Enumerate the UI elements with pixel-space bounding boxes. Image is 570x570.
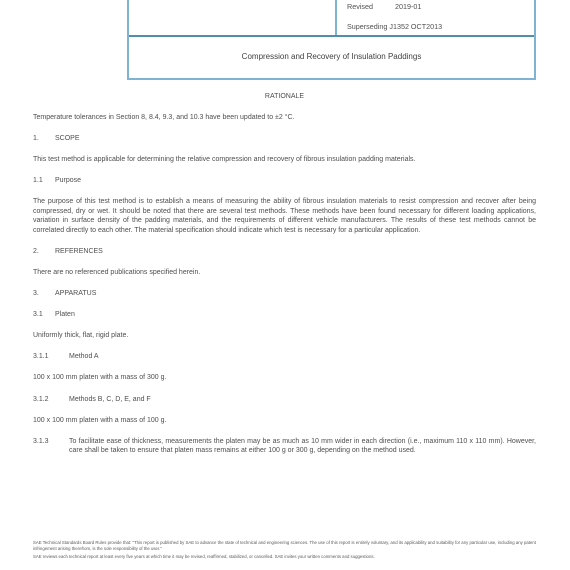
section-methods-bf-heading: 3.1.2Methods B, C, D, E, and F <box>33 395 536 405</box>
superseding-row: Superseding J1352 OCT2013 <box>347 22 442 31</box>
section-references-heading: 2.REFERENCES <box>33 247 536 257</box>
section-number: 2. <box>33 247 55 257</box>
rationale-text: Temperature tolerances in Section 8, 8.4… <box>33 113 536 123</box>
section-platen-text: Uniformly thick, flat, rigid plate. <box>33 331 536 341</box>
section-title: SCOPE <box>55 135 80 142</box>
section-platen-heading: 3.1Platen <box>33 310 536 320</box>
section-scope-heading: 1.SCOPE <box>33 134 536 144</box>
section-number: 3.1.3 <box>33 437 69 456</box>
section-number: 3.1 <box>33 310 55 320</box>
revision-info-cell: Revised 2019-01 Superseding J1352 OCT201… <box>335 0 536 35</box>
section-number: 3.1.1 <box>33 352 69 362</box>
section-references-text: There are no referenced publications spe… <box>33 268 536 278</box>
document-title: Compression and Recovery of Insulation P… <box>129 37 534 76</box>
section-number: 3.1.2 <box>33 395 69 405</box>
document-header-box: Revised 2019-01 Superseding J1352 OCT201… <box>127 0 536 80</box>
section-3-1-3: 3.1.3 To facilitate ease of thickness, m… <box>33 437 536 456</box>
section-title: APPARATUS <box>55 290 96 297</box>
clipped-document-type: SURFACE VEHICLE <box>36 0 116 2</box>
document-body: RATIONALE Temperature tolerances in Sect… <box>33 92 536 467</box>
footer-review-paragraph: SAE reviews each technical report at lea… <box>33 554 536 560</box>
header-metadata-row: Revised 2019-01 Superseding J1352 OCT201… <box>129 0 534 37</box>
footer-rules-paragraph: SAE Technical Standards Board Rules prov… <box>33 540 536 552</box>
section-title: Purpose <box>55 177 81 184</box>
section-method-a-text: 100 x 100 mm platen with a mass of 300 g… <box>33 373 536 383</box>
section-method-a-heading: 3.1.1Method A <box>33 352 536 362</box>
section-purpose-heading: 1.1Purpose <box>33 176 536 186</box>
section-number: 1. <box>33 134 55 144</box>
footer-disclaimer: SAE Technical Standards Board Rules prov… <box>33 540 536 561</box>
revised-date: 2019-01 <box>395 2 421 11</box>
revised-row: Revised 2019-01 <box>347 2 421 11</box>
section-apparatus-heading: 3.APPARATUS <box>33 289 536 299</box>
section-scope-text: This test method is applicable for deter… <box>33 155 536 165</box>
section-title: Methods B, C, D, E, and F <box>69 396 151 403</box>
section-number: 1.1 <box>33 176 55 186</box>
section-title: Method A <box>69 353 99 360</box>
rationale-heading: RATIONALE <box>33 92 536 102</box>
section-title: REFERENCES <box>55 248 103 255</box>
section-number: 3. <box>33 289 55 299</box>
section-3-1-3-text: To facilitate ease of thickness, measure… <box>69 437 536 456</box>
section-purpose-text: The purpose of this test method is to es… <box>33 197 536 235</box>
section-methods-bf-text: 100 x 100 mm platen with a mass of 100 g… <box>33 416 536 426</box>
revised-label: Revised <box>347 2 393 11</box>
section-title: Platen <box>55 311 75 318</box>
